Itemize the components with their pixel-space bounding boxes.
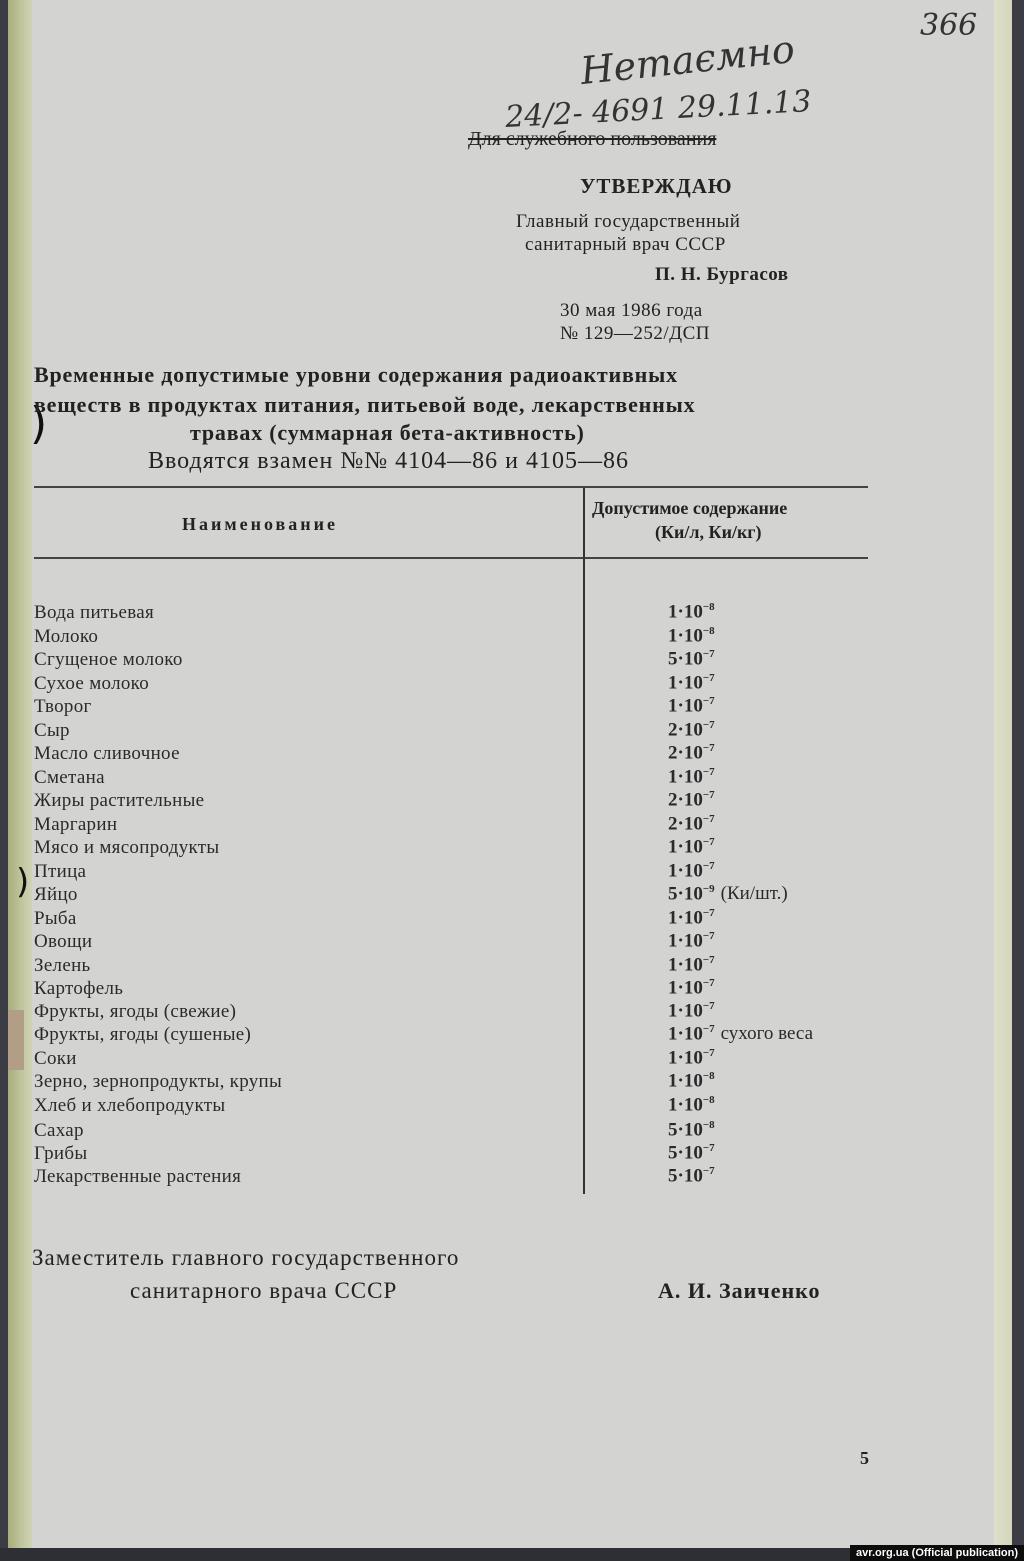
table-row-value: 5·10−9(Ки/шт.) bbox=[668, 883, 788, 905]
classification-struck: Для служебного пользования bbox=[468, 128, 716, 151]
table-row-name: Мясо и мясопродукты bbox=[34, 837, 219, 859]
table-row-value: 5·10−8 bbox=[668, 1119, 721, 1141]
table-row-value: 1·10−8 bbox=[668, 1094, 721, 1116]
table-row-value: 1·10−8 bbox=[668, 601, 721, 623]
table-header-rule bbox=[34, 557, 868, 559]
table-row-name: Фрукты, ягоды (свежие) bbox=[34, 1001, 236, 1023]
document-title-line3: травах (суммарная бета-активность) bbox=[190, 420, 585, 446]
table-row-name: Соки bbox=[34, 1048, 77, 1070]
table-row-value: 1·10−8 bbox=[668, 625, 721, 647]
table-row-name: Творог bbox=[34, 696, 92, 718]
table-row-name: Грибы bbox=[34, 1143, 87, 1165]
table-row-value: 1·10−7 bbox=[668, 1047, 721, 1069]
table-row-value: 1·10−7 bbox=[668, 954, 721, 976]
table-row-name: Лекарственные растения bbox=[34, 1166, 241, 1188]
page-right-edge bbox=[994, 0, 1012, 1548]
table-row-name: Птица bbox=[34, 861, 86, 883]
table-row-name: Фрукты, ягоды (сушеные) bbox=[34, 1024, 251, 1046]
table-row-value: 1·10−7 bbox=[668, 977, 721, 999]
page-number: 5 bbox=[860, 1448, 869, 1469]
table-row-value: 1·10−8 bbox=[668, 1070, 721, 1092]
column-header-value-line1: Допустимое содержание bbox=[592, 498, 787, 519]
margin-bracket-mark: ) bbox=[16, 862, 29, 902]
table-row-value: 5·10−7 bbox=[668, 1165, 721, 1187]
footer-signatory: А. И. Заиченко bbox=[658, 1278, 821, 1304]
approval-number: № 129—252/ДСП bbox=[560, 323, 710, 345]
table-row-value: 1·10−7 bbox=[668, 672, 721, 694]
table-row-name: Овощи bbox=[34, 931, 92, 953]
table-row-value: 5·10−7 bbox=[668, 648, 721, 670]
document-subtitle: Вводятся взамен №№ 4104—86 и 4105—86 bbox=[148, 448, 629, 475]
table-row-value: 1·10−7 bbox=[668, 1000, 721, 1022]
table-row-value: 2·10−7 bbox=[668, 742, 721, 764]
table-row-value: 1·10−7 bbox=[668, 860, 721, 882]
approval-date: 30 мая 1986 года bbox=[560, 300, 703, 322]
table-row-value: 2·10−7 bbox=[668, 719, 721, 741]
table-row-name: Сахар bbox=[34, 1120, 84, 1142]
document-title-line2: веществ в продуктах питания, питьевой во… bbox=[34, 392, 695, 418]
document-title-line1: Временные допустимые уровни содержания р… bbox=[34, 362, 678, 388]
table-row-name: Молоко bbox=[34, 626, 98, 648]
table-row-value: 5·10−7 bbox=[668, 1142, 721, 1164]
table-top-rule bbox=[34, 486, 868, 488]
table-row-name: Яйцо bbox=[34, 884, 78, 906]
approval-title-line2: санитарный врач СССР bbox=[525, 234, 726, 256]
archive-page-number: 366 bbox=[920, 8, 977, 43]
table-row-value: 1·10−7 bbox=[668, 907, 721, 929]
column-header-value-line2: (Ки/л, Ки/кг) bbox=[655, 522, 761, 543]
footer-position-line1: Заместитель главного государственного bbox=[32, 1245, 459, 1271]
table-row-name: Зерно, зернопродукты, крупы bbox=[34, 1071, 282, 1093]
table-row-name: Картофель bbox=[34, 978, 123, 1000]
table-row-value: 1·10−7сухого веса bbox=[668, 1023, 813, 1045]
table-row-name: Сыр bbox=[34, 720, 70, 742]
document-page bbox=[8, 0, 1012, 1548]
table-row-name: Вода питьевая bbox=[34, 602, 154, 624]
table-row-value: 2·10−7 bbox=[668, 813, 721, 835]
table-row-value: 1·10−7 bbox=[668, 930, 721, 952]
table-row-name: Жиры растительные bbox=[34, 790, 204, 812]
table-row-name: Сухое молоко bbox=[34, 673, 149, 695]
footer-position-line2: санитарного врача СССР bbox=[130, 1278, 397, 1304]
table-row-value: 1·10−7 bbox=[668, 695, 721, 717]
table-row-value: 1·10−7 bbox=[668, 836, 721, 858]
binding-edge bbox=[8, 0, 32, 1548]
table-row-name: Сгущеное молоко bbox=[34, 649, 183, 671]
approval-title-line1: Главный государственный bbox=[516, 211, 740, 233]
table-row-value: 2·10−7 bbox=[668, 789, 721, 811]
table-row-name: Хлеб и хлебопродукты bbox=[34, 1095, 225, 1117]
table-row-name: Масло сливочное bbox=[34, 743, 180, 765]
approval-heading: УТВЕРЖДАЮ bbox=[580, 174, 733, 199]
table-row-name: Сметана bbox=[34, 767, 105, 789]
column-header-name: Наименование bbox=[182, 514, 338, 535]
table-row-name: Рыба bbox=[34, 908, 77, 930]
table-row-name: Зелень bbox=[34, 955, 91, 977]
table-row-name: Маргарин bbox=[34, 814, 117, 836]
table-row-value: 1·10−7 bbox=[668, 766, 721, 788]
approval-signatory: П. Н. Бургасов bbox=[655, 264, 789, 286]
table-column-divider bbox=[583, 488, 585, 1194]
source-watermark: avr.org.ua (Official publication) bbox=[850, 1545, 1024, 1561]
